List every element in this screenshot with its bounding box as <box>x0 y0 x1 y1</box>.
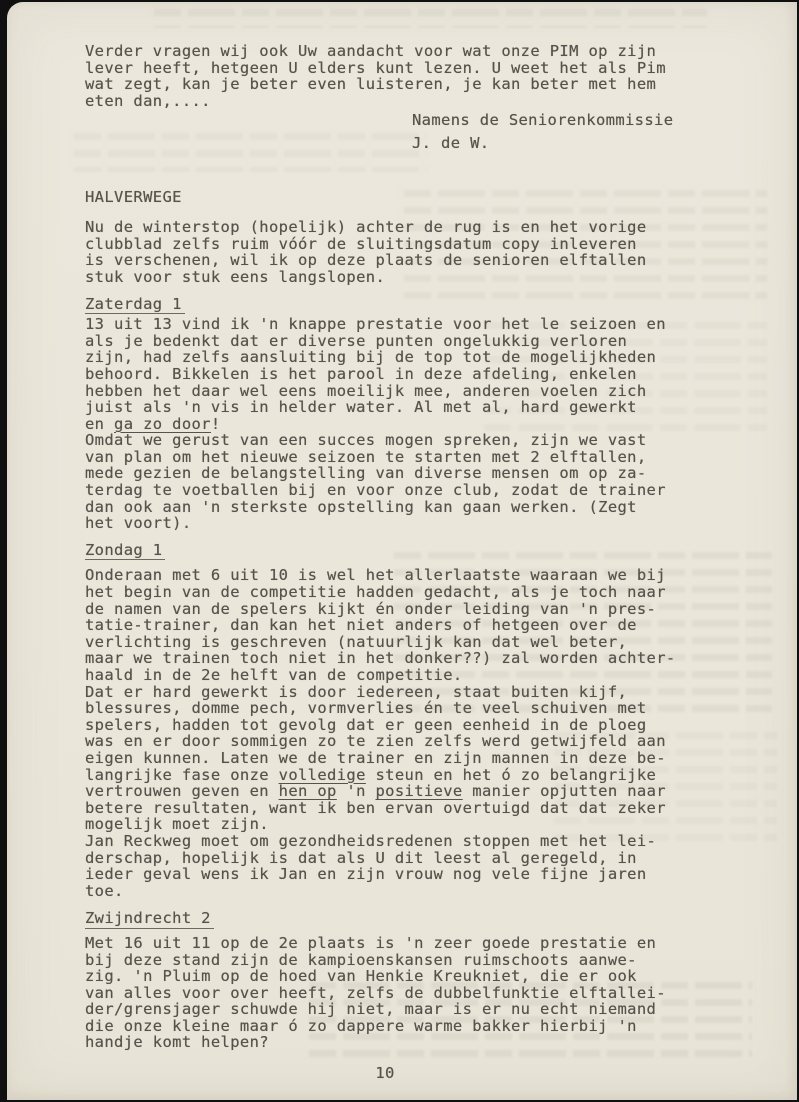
text-line: was en er door sommigen zo te zien zelfs… <box>85 733 685 750</box>
text-segment: der/grensjager schuwde hij niet, maar is… <box>85 1000 656 1018</box>
text-line: J. de W. <box>412 135 685 152</box>
text-line: haald in de 2e helft van de competitie. <box>85 667 685 684</box>
text-segment: Jan Reckweg moet om gezondheidsredenen s… <box>85 832 656 850</box>
text-segment: lever heeft, hetgeen U elders kunt lezen… <box>85 59 666 77</box>
text-line: ieder geval wens ik Jan en zijn vrouw no… <box>85 866 685 883</box>
text-segment: eigen kunnen. Laten we de trainer en zij… <box>85 749 666 767</box>
text-segment: haald in de 2e helft van de competitie. <box>85 666 463 684</box>
text-line: mogelijk moet zijn. <box>85 816 685 833</box>
zondag-paragraph-1: Onderaan met 6 uit 10 is wel het allerla… <box>85 567 685 683</box>
text-segment: de namen van de spelers kijkt én onder l… <box>85 600 656 618</box>
text-line: die onze kleine maar ó zo dappere warme … <box>85 1018 685 1035</box>
text-line: langrijke fase onze volledige steun en h… <box>85 767 685 784</box>
text-segment: bij deze stand zijn de kampioenskansen r… <box>85 951 637 969</box>
text-segment: spelers, hadden tot gevolg dat er geen e… <box>85 716 647 734</box>
text-line: Dat er hard gewerkt is door iedereen, st… <box>85 684 685 701</box>
text-line: bij deze stand zijn de kampioenskansen r… <box>85 952 685 969</box>
text-segment: ieder geval wens ik Jan en zijn vrouw no… <box>85 865 647 883</box>
text-segment: hebben het daar wel eens moeilijk mee, a… <box>85 382 647 400</box>
text-line: tatie-trainer, dan kan het niet anders o… <box>85 617 685 634</box>
text-segment: derschap, hopelijk is dat als U dit lees… <box>85 849 637 867</box>
text-segment: mogelijk moet zijn. <box>85 815 269 833</box>
text-line: de namen van de spelers kijkt én onder l… <box>85 601 685 618</box>
text-segment: toe. <box>85 882 124 900</box>
text-line: Nu de winterstop (hopelijk) achter de ru… <box>85 219 685 236</box>
text-segment: tatie-trainer, dan kan het niet anders o… <box>85 616 637 634</box>
text-segment: Met 16 uit 11 op de 2e plaats is 'n zeer… <box>85 934 656 952</box>
text-segment: eten dan,.... <box>85 92 211 110</box>
text-segment: clubblad zelfs ruim vóór de sluitingsdat… <box>85 235 637 253</box>
text-line: lever heeft, hetgeen U elders kunt lezen… <box>85 60 685 77</box>
underlined-phrase: positieve <box>375 782 462 800</box>
text-line: wat zegt, kan je beter even luisteren, j… <box>85 76 685 93</box>
text-segment: wat zegt, kan je beter even luisteren, j… <box>85 75 656 93</box>
text-segment: als je bedenkt dat er diverse punten ong… <box>85 332 627 350</box>
text-line: spelers, hadden tot gevolg dat er geen e… <box>85 717 685 734</box>
underlined-phrase: hen op <box>279 782 337 800</box>
text-line: behoord. Bikkelen is het parool in deze … <box>85 366 685 383</box>
text-segment: dan ook aan 'n sterkste opstelling kan g… <box>85 498 637 516</box>
text-segment: handje komt helpen? <box>85 1033 269 1051</box>
text-line: vertrouwen geven en hen op 'n positieve … <box>85 783 685 800</box>
section-heading-zaterdag-1-label: Zaterdag 1 <box>85 296 185 315</box>
text-line: stuk voor stuk eens langslopen. <box>85 269 685 286</box>
underlined-phrase: ga zo door <box>114 415 211 433</box>
text-segment: 'n <box>337 782 376 800</box>
text-segment: mede gezien de belangstelling van divers… <box>85 464 647 482</box>
zwijndrecht-paragraph: Met 16 uit 11 op de 2e plaats is 'n zeer… <box>85 935 685 1051</box>
text-segment: betere resultaten, want ik ben ervan ove… <box>85 799 666 817</box>
text-segment: Namens de Seniorenkommissie <box>412 111 673 129</box>
text-line: en ga zo door! <box>85 416 685 433</box>
text-line: toe. <box>85 883 685 900</box>
text-line: juist als 'n vis in helder water. Al met… <box>85 399 685 416</box>
text-segment: Omdat we gerust van een succes mogen spr… <box>85 431 647 449</box>
text-line: zig. 'n Pluim op de hoed van Henkie Kreu… <box>85 968 685 985</box>
section-heading-halverwege-label: HALVERWEGE <box>85 188 182 206</box>
text-segment: zijn, had zelfs aansluiting bij de top t… <box>85 348 656 366</box>
text-line: clubblad zelfs ruim vóór de sluitingsdat… <box>85 236 685 253</box>
text-line: als je bedenkt dat er diverse punten ong… <box>85 333 685 350</box>
text-line: Met 16 uit 11 op de 2e plaats is 'n zeer… <box>85 935 685 952</box>
text-line: hebben het daar wel eens moeilijk mee, a… <box>85 383 685 400</box>
underlined-phrase: volledige <box>279 766 366 784</box>
text-segment: J. de W. <box>412 134 489 152</box>
page-number-row: 10 <box>85 1064 685 1082</box>
text-segment: Nu de winterstop (hopelijk) achter de ru… <box>85 218 647 236</box>
paper: Verder vragen wij ook Uw aandacht voor w… <box>7 2 797 1100</box>
text-segment: het begin van de competitie hadden gedac… <box>85 583 666 601</box>
text-line: van alles voor over heeft, zelfs de dubb… <box>85 985 685 1002</box>
section-heading-halverwege: HALVERWEGE <box>85 189 685 206</box>
text-line: het begin van de competitie hadden gedac… <box>85 584 685 601</box>
document-content: Verder vragen wij ook Uw aandacht voor w… <box>7 2 685 1082</box>
text-line: Onderaan met 6 uit 10 is wel het allerla… <box>85 567 685 584</box>
text-line: dan ook aan 'n sterkste opstelling kan g… <box>85 499 685 516</box>
text-segment: ! <box>211 415 221 433</box>
text-segment: van plan om het nieuwe seizoen te starte… <box>85 448 647 466</box>
section-heading-zwijndrecht-2-label: Zwijndrecht 2 <box>85 910 214 929</box>
text-line: is verschenen, wil ik op deze plaats de … <box>85 252 685 269</box>
text-line: maar we trainen toch niet in het donker?… <box>85 650 685 667</box>
text-line: Jan Reckweg moet om gezondheidsredenen s… <box>85 833 685 850</box>
text-line: zijn, had zelfs aansluiting bij de top t… <box>85 349 685 366</box>
page-number: 10 <box>375 1064 394 1082</box>
text-line: blessures, domme pech, vormverlies én te… <box>85 700 685 717</box>
text-segment: manier opjutten naar <box>463 782 666 800</box>
text-segment: vertrouwen geven en <box>85 782 279 800</box>
text-line: terdag te voetballen bij en voor onze cl… <box>85 482 685 499</box>
text-segment: terdag te voetballen bij en voor onze cl… <box>85 481 666 499</box>
text-segment: is verschenen, wil ik op deze plaats de … <box>85 251 647 269</box>
text-segment: behoord. Bikkelen is het parool in deze … <box>85 365 637 383</box>
text-line: Verder vragen wij ook Uw aandacht voor w… <box>85 43 685 60</box>
text-segment: juist als 'n vis in helder water. Al met… <box>85 398 637 416</box>
text-segment: Verder vragen wij ook Uw aandacht voor w… <box>85 42 656 60</box>
text-line: Namens de Seniorenkommissie <box>412 112 685 129</box>
section-heading-zondag-1: Zondag 1 <box>85 542 685 559</box>
text-line: 13 uit 13 vind ik 'n knappe prestatie vo… <box>85 316 685 333</box>
zaterdag-paragraph-1: 13 uit 13 vind ik 'n knappe prestatie vo… <box>85 316 685 432</box>
text-segment: Dat er hard gewerkt is door iedereen, st… <box>85 683 627 701</box>
text-line: verlichting is geschreven (natuurlijk ka… <box>85 634 685 651</box>
text-segment: het voort). <box>85 514 192 532</box>
text-segment: langrijke fase onze <box>85 766 279 784</box>
text-line: derschap, hopelijk is dat als U dit lees… <box>85 850 685 867</box>
text-segment: was en er door sommigen zo te zien zelfs… <box>85 732 666 750</box>
text-line: eigen kunnen. Laten we de trainer en zij… <box>85 750 685 767</box>
text-line: Omdat we gerust van een succes mogen spr… <box>85 432 685 449</box>
halverwege-paragraph: Nu de winterstop (hopelijk) achter de ru… <box>85 219 685 285</box>
text-segment: stuk voor stuk eens langslopen. <box>85 268 385 286</box>
text-line: van plan om het nieuwe seizoen te starte… <box>85 449 685 466</box>
text-line: handje komt helpen? <box>85 1034 685 1051</box>
text-segment: zig. 'n Pluim op de hoed van Henkie Kreu… <box>85 967 637 985</box>
section-heading-zwijndrecht-2: Zwijndrecht 2 <box>85 910 685 927</box>
text-line: der/grensjager schuwde hij niet, maar is… <box>85 1001 685 1018</box>
text-line: betere resultaten, want ik ben ervan ove… <box>85 800 685 817</box>
zaterdag-paragraph-2: Omdat we gerust van een succes mogen spr… <box>85 432 685 532</box>
text-segment: verlichting is geschreven (natuurlijk ka… <box>85 633 627 651</box>
signature-block: Namens de SeniorenkommissieJ. de W. <box>412 112 685 151</box>
text-segment: blessures, domme pech, vormverlies én te… <box>85 699 647 717</box>
text-line: het voort). <box>85 515 685 532</box>
text-segment: en <box>85 415 114 433</box>
text-segment: Onderaan met 6 uit 10 is wel het allerla… <box>85 566 666 584</box>
zondag-paragraph-3: Jan Reckweg moet om gezondheidsredenen s… <box>85 833 685 899</box>
text-segment: 13 uit 13 vind ik 'n knappe prestatie vo… <box>85 315 666 333</box>
section-heading-zondag-1-label: Zondag 1 <box>85 542 165 561</box>
text-segment: die onze kleine maar ó zo dappere warme … <box>85 1017 637 1035</box>
text-segment: van alles voor over heeft, zelfs de dubb… <box>85 984 666 1002</box>
text-line: mede gezien de belangstelling van divers… <box>85 465 685 482</box>
text-segment: maar we trainen toch niet in het donker?… <box>85 649 676 667</box>
scanned-page: Verder vragen wij ook Uw aandacht voor w… <box>0 0 799 1102</box>
intro-paragraph: Verder vragen wij ook Uw aandacht voor w… <box>85 43 685 109</box>
section-heading-zaterdag-1: Zaterdag 1 <box>85 296 685 313</box>
zondag-paragraph-2: Dat er hard gewerkt is door iedereen, st… <box>85 684 685 833</box>
text-line: eten dan,.... <box>85 93 685 110</box>
text-segment: steun en het ó zo belangrijke <box>366 766 656 784</box>
